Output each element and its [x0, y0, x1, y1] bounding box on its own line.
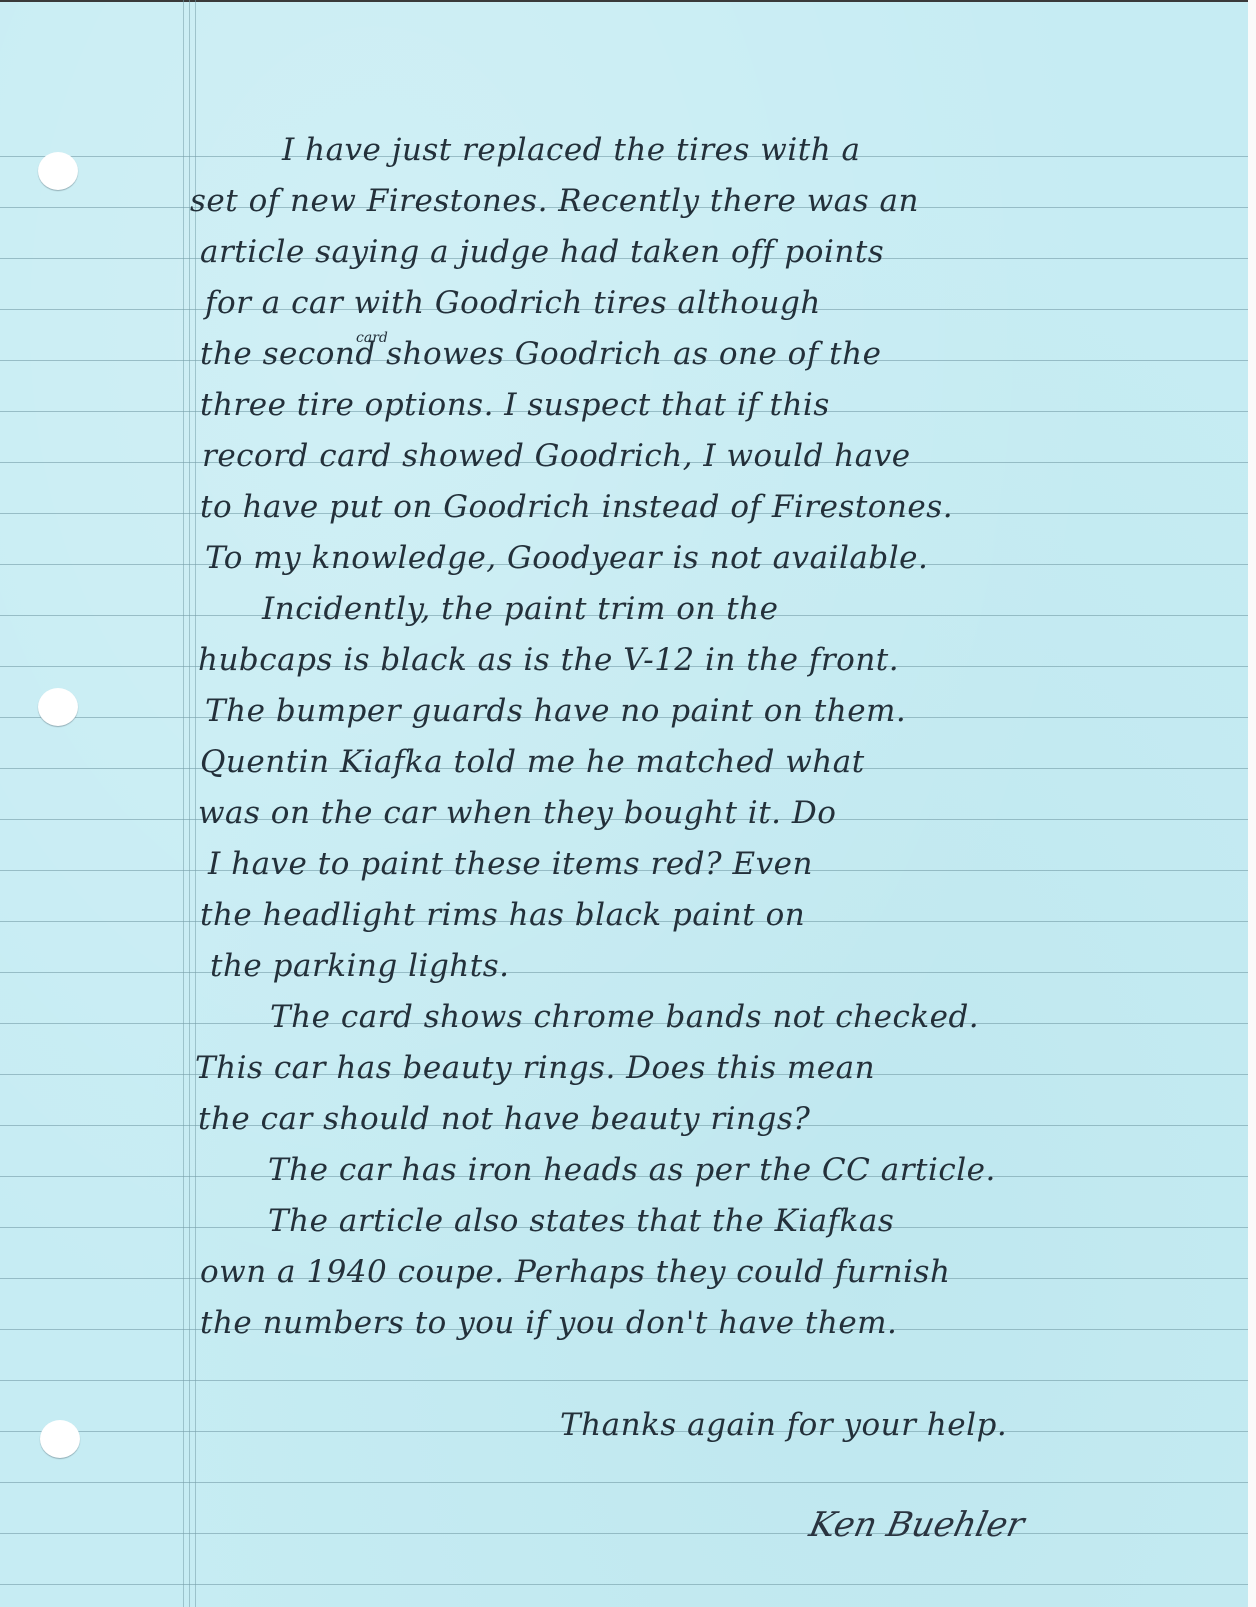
- ruled-line: [0, 1584, 1248, 1585]
- scan-right-edge: [1248, 0, 1256, 1607]
- letter-line: the second showes Goodrich as one of the: [200, 339, 881, 370]
- punch-hole-icon: [40, 1420, 80, 1458]
- letter-line: The card shows chrome bands not checked.: [270, 1002, 979, 1033]
- letter-line: This car has beauty rings. Does this mea…: [195, 1053, 875, 1084]
- letter-line: for a car with Goodrich tires although: [205, 288, 821, 319]
- letter-line: the parking lights.: [210, 951, 510, 982]
- letter-line: To my knowledge, Goodyear is not availab…: [205, 543, 928, 574]
- letter-closing: Thanks again for your help.: [560, 1410, 1007, 1441]
- letter-line: to have put on Goodrich instead of Fires…: [200, 492, 953, 523]
- letter-line: set of new Firestones. Recently there wa…: [190, 186, 919, 217]
- signature: Ken Buehler: [806, 1505, 1028, 1545]
- margin-line: [189, 0, 190, 1607]
- letter-line: I have to paint these items red? Even: [208, 849, 813, 880]
- margin-line: [195, 0, 196, 1607]
- punch-hole-icon: [38, 688, 78, 726]
- letter-line: was on the car when they bought it. Do: [198, 798, 836, 829]
- ruled-line: [0, 1380, 1248, 1381]
- letter-line: three tire options. I suspect that if th…: [200, 390, 830, 421]
- ruled-line: [0, 1482, 1248, 1483]
- letter-line: the car should not have beauty rings?: [198, 1104, 810, 1135]
- letter-line: record card showed Goodrich, I would hav…: [202, 441, 911, 472]
- letter-line: The car has iron heads as per the CC art…: [268, 1155, 996, 1186]
- ruled-line: [0, 972, 1248, 973]
- letter-line: I have just replaced the tires with a: [282, 135, 861, 166]
- letter-line: the headlight rims has black paint on: [200, 900, 805, 931]
- scan-top-edge: [0, 0, 1248, 2]
- letter-line: Quentin Kiafka told me he matched what: [200, 747, 865, 778]
- ruled-line: [0, 1533, 1248, 1534]
- letter-page: I have just replaced the tires with a se…: [0, 0, 1248, 1607]
- letter-line: article saying a judge had taken off poi…: [200, 237, 884, 268]
- letter-line: The bumper guards have no paint on them.: [205, 696, 906, 727]
- letter-line: the numbers to you if you don't have the…: [200, 1308, 897, 1339]
- letter-line: The article also states that the Kiafkas: [268, 1206, 894, 1237]
- letter-line: own a 1940 coupe. Perhaps they could fur…: [200, 1257, 950, 1288]
- punch-hole-icon: [38, 152, 78, 190]
- letter-line: Incidently, the paint trim on the: [262, 594, 778, 625]
- margin-line: [183, 0, 184, 1607]
- letter-line: hubcaps is black as is the V-12 in the f…: [198, 645, 899, 676]
